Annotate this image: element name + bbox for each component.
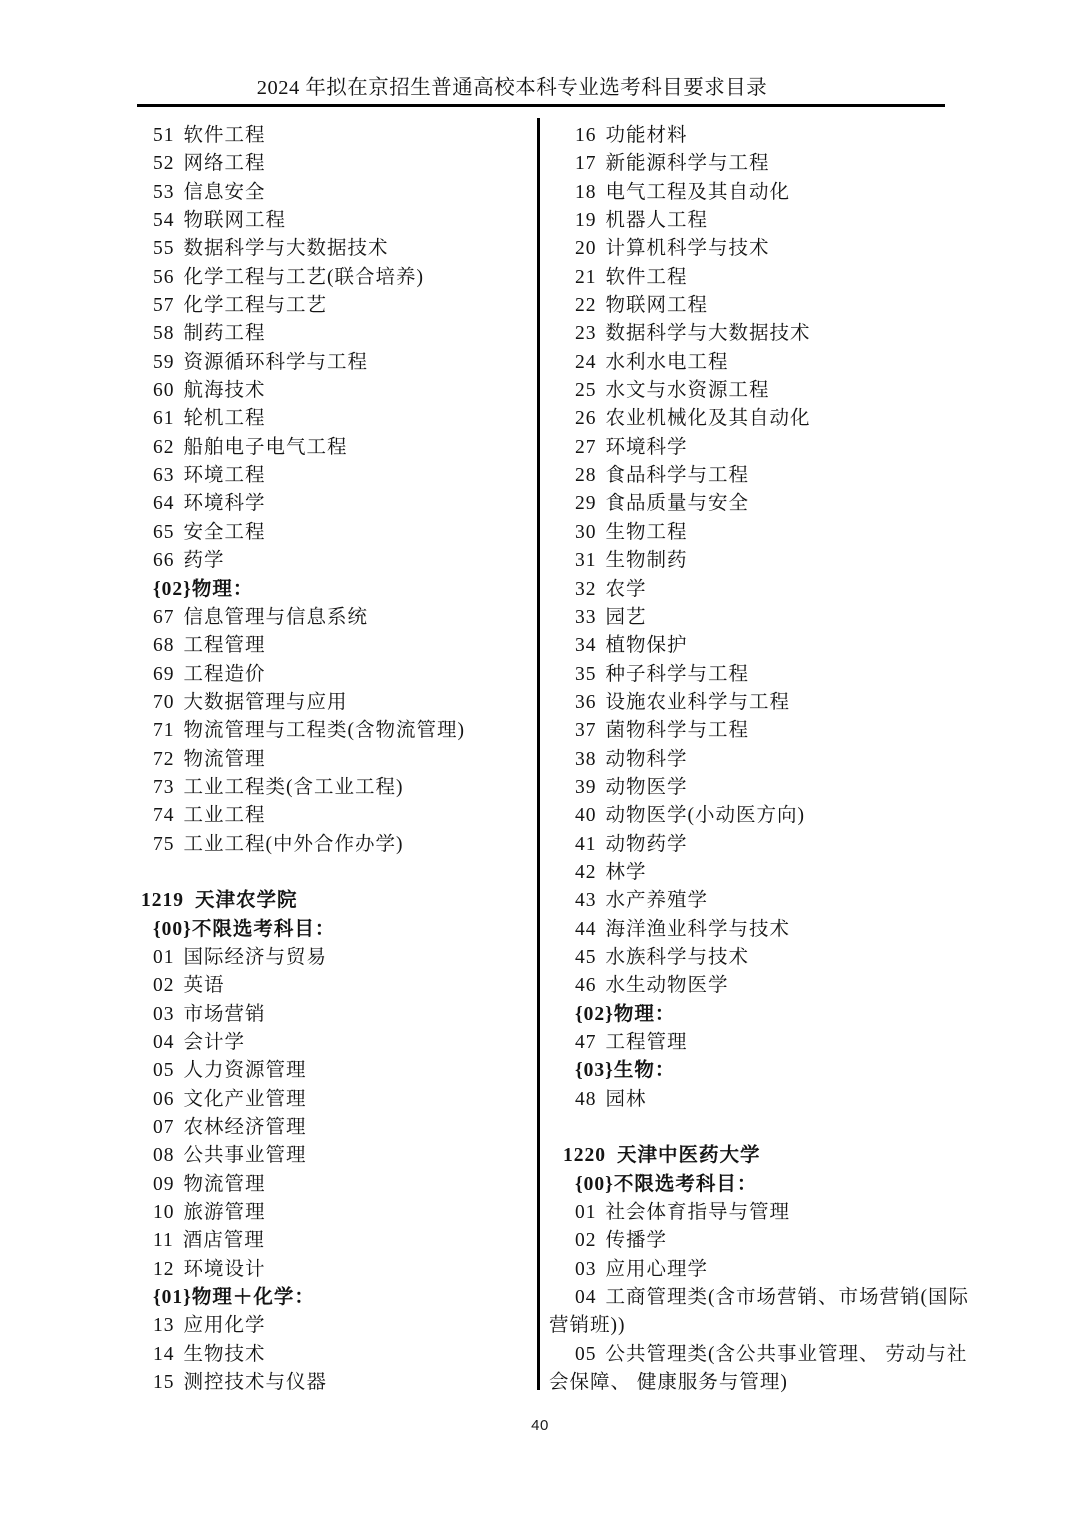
major-number: 32: [575, 579, 597, 600]
major-item: 03市场营销: [127, 1001, 529, 1029]
major-item: 24水利水电工程: [549, 349, 987, 377]
major-item: 04工商管理类(含市场营销、市场营销(国际 营销班)): [549, 1284, 987, 1341]
major-item: 70大数据管理与应用: [127, 689, 529, 717]
major-name: 大数据管理与应用: [184, 692, 348, 713]
major-number: 60: [153, 380, 175, 401]
major-number: 18: [575, 182, 597, 203]
subject-group-header: {00}不限选考科目：: [127, 916, 529, 944]
major-number: 20: [575, 238, 597, 259]
major-name: 公共事业管理: [184, 1145, 307, 1166]
major-number: 34: [575, 635, 597, 656]
major-item: 53信息安全: [127, 179, 529, 207]
major-name: 文化产业管理: [184, 1089, 307, 1110]
major-item: 25水文与水资源工程: [549, 377, 987, 405]
major-name: 工业工程类(含工业工程): [184, 777, 404, 798]
major-number: 35: [575, 664, 597, 685]
major-item: 03应用心理学: [549, 1256, 987, 1284]
major-name: 工业工程: [184, 805, 266, 826]
major-number: 66: [153, 550, 175, 571]
major-number: 21: [575, 267, 597, 288]
school-header: 1219天津农学院: [127, 887, 529, 915]
major-number: 54: [153, 210, 175, 231]
major-name: 信息安全: [184, 182, 266, 203]
school-name: 天津中医药大学: [617, 1145, 761, 1166]
major-number: 62: [153, 437, 175, 458]
major-number: 39: [575, 777, 597, 798]
major-name: 农业机械化及其自动化: [606, 408, 811, 429]
major-item: 27环境科学: [549, 434, 987, 462]
major-name: 菌物科学与工程: [606, 720, 750, 741]
major-name: 林学: [606, 862, 647, 883]
page-title: 2024 年拟在京招生普通高校本科专业选考科目要求目录: [108, 70, 916, 100]
major-number: 03: [575, 1259, 597, 1280]
major-name: 物联网工程: [606, 295, 709, 316]
major-number: 63: [153, 465, 175, 486]
major-item: 37菌物科学与工程: [549, 717, 987, 745]
subject-group-header: {03}生物：: [549, 1057, 987, 1085]
major-number: 05: [153, 1060, 175, 1081]
major-name: 公共管理类(含公共事业管理、 劳动与社 会保障、 健康服务与管理): [549, 1344, 967, 1393]
page-number: 40: [0, 1417, 1080, 1434]
major-item: 20计算机科学与技术: [549, 235, 987, 263]
major-name: 动物医学(小动医方向): [606, 805, 806, 826]
major-number: 31: [575, 550, 597, 571]
document-page: { "header": { "title": "2024 年拟在京招生普通高校本…: [0, 0, 1080, 1527]
major-name: 会计学: [184, 1032, 246, 1053]
major-name: 水产养殖学: [606, 890, 709, 911]
major-number: 14: [153, 1344, 175, 1365]
major-name: 计算机科学与技术: [606, 238, 770, 259]
major-item: 23数据科学与大数据技术: [549, 320, 987, 348]
major-item: 47工程管理: [549, 1029, 987, 1057]
school-code: 1220: [563, 1145, 606, 1166]
major-name: 环境工程: [184, 465, 266, 486]
major-number: 13: [153, 1315, 175, 1336]
major-item: 06文化产业管理: [127, 1086, 529, 1114]
major-item: 28食品科学与工程: [549, 462, 987, 490]
major-name: 药学: [184, 550, 225, 571]
major-name: 数据科学与大数据技术: [606, 323, 811, 344]
major-item: 66药学: [127, 547, 529, 575]
major-item: 05公共管理类(含公共事业管理、 劳动与社 会保障、 健康服务与管理): [549, 1341, 987, 1398]
major-number: 19: [575, 210, 597, 231]
major-number: 74: [153, 805, 175, 826]
major-name: 国际经济与贸易: [184, 947, 328, 968]
major-item: 01国际经济与贸易: [127, 944, 529, 972]
school-header: 1220天津中医药大学: [549, 1142, 987, 1170]
subject-group-header: {01}物理＋化学：: [127, 1284, 529, 1312]
major-name: 英语: [184, 975, 225, 996]
major-name: 新能源科学与工程: [606, 153, 770, 174]
major-number: 11: [153, 1230, 174, 1251]
major-item: 10旅游管理: [127, 1199, 529, 1227]
school-code: 1219: [141, 890, 184, 911]
major-name: 市场营销: [184, 1004, 266, 1025]
major-number: 36: [575, 692, 597, 713]
major-name: 软件工程: [184, 125, 266, 146]
major-item: 22物联网工程: [549, 292, 987, 320]
major-name: 资源循环科学与工程: [184, 352, 369, 373]
major-number: 15: [153, 1372, 175, 1393]
major-number: 47: [575, 1032, 597, 1053]
major-item: 44海洋渔业科学与技术: [549, 916, 987, 944]
major-number: 55: [153, 238, 175, 259]
major-number: 33: [575, 607, 597, 628]
major-name: 应用心理学: [606, 1259, 709, 1280]
major-number: 04: [153, 1032, 175, 1053]
major-item: 64环境科学: [127, 490, 529, 518]
major-number: 44: [575, 919, 597, 940]
major-item: 02传播学: [549, 1227, 987, 1255]
major-item: 33园艺: [549, 604, 987, 632]
major-number: 70: [153, 692, 175, 713]
major-name: 水生动物医学: [606, 975, 729, 996]
major-number: 75: [153, 834, 175, 855]
major-item: 57化学工程与工艺: [127, 292, 529, 320]
major-item: 32农学: [549, 576, 987, 604]
major-item: 56化学工程与工艺(联合培养): [127, 264, 529, 292]
major-name: 植物保护: [606, 635, 688, 656]
major-number: 45: [575, 947, 597, 968]
major-item: 19机器人工程: [549, 207, 987, 235]
major-item: 67信息管理与信息系统: [127, 604, 529, 632]
major-number: 03: [153, 1004, 175, 1025]
major-name: 人力资源管理: [184, 1060, 307, 1081]
major-number: 28: [575, 465, 597, 486]
major-name: 食品质量与安全: [606, 493, 750, 514]
major-name: 网络工程: [184, 153, 266, 174]
major-name: 电气工程及其自动化: [606, 182, 791, 203]
blank-line: [549, 1114, 987, 1142]
major-number: 48: [575, 1089, 597, 1110]
major-name: 测控技术与仪器: [184, 1372, 328, 1393]
major-name: 生物技术: [184, 1344, 266, 1365]
major-name: 工商管理类(含市场营销、市场营销(国际 营销班)): [549, 1287, 969, 1336]
major-item: 36设施农业科学与工程: [549, 689, 987, 717]
major-name: 工业工程(中外合作办学): [184, 834, 404, 855]
major-item: 51软件工程: [127, 122, 529, 150]
major-number: 53: [153, 182, 175, 203]
major-name: 食品科学与工程: [606, 465, 750, 486]
major-item: 13应用化学: [127, 1312, 529, 1340]
major-item: 01社会体育指导与管理: [549, 1199, 987, 1227]
major-name: 农林经济管理: [184, 1117, 307, 1138]
major-item: 09物流管理: [127, 1171, 529, 1199]
major-name: 生物工程: [606, 522, 688, 543]
major-name: 园林: [606, 1089, 647, 1110]
major-number: 09: [153, 1174, 175, 1195]
major-number: 71: [153, 720, 175, 741]
major-name: 轮机工程: [184, 408, 266, 429]
major-name: 机器人工程: [606, 210, 709, 231]
major-name: 动物科学: [606, 749, 688, 770]
major-item: 74工业工程: [127, 802, 529, 830]
left-column: 51软件工程52网络工程53信息安全54物联网工程55数据科学与大数据技术56化…: [127, 122, 529, 1397]
major-number: 57: [153, 295, 175, 316]
major-number: 08: [153, 1145, 175, 1166]
major-item: 04会计学: [127, 1029, 529, 1057]
major-number: 30: [575, 522, 597, 543]
major-item: 29食品质量与安全: [549, 490, 987, 518]
major-item: 14生物技术: [127, 1341, 529, 1369]
major-name: 水族科学与技术: [606, 947, 750, 968]
major-number: 26: [575, 408, 597, 429]
major-item: 26农业机械化及其自动化: [549, 405, 987, 433]
major-item: 68工程管理: [127, 632, 529, 660]
major-item: 15测控技术与仪器: [127, 1369, 529, 1397]
major-number: 38: [575, 749, 597, 770]
major-number: 65: [153, 522, 175, 543]
major-item: 39动物医学: [549, 774, 987, 802]
major-item: 54物联网工程: [127, 207, 529, 235]
blank-line: [127, 859, 529, 887]
major-name: 酒店管理: [183, 1230, 265, 1251]
major-item: 07农林经济管理: [127, 1114, 529, 1142]
major-number: 02: [575, 1230, 597, 1251]
major-item: 46水生动物医学: [549, 972, 987, 1000]
major-number: 27: [575, 437, 597, 458]
major-number: 56: [153, 267, 175, 288]
major-name: 工程管理: [184, 635, 266, 656]
major-number: 24: [575, 352, 597, 373]
major-item: 58制药工程: [127, 320, 529, 348]
major-item: 55数据科学与大数据技术: [127, 235, 529, 263]
major-number: 01: [153, 947, 175, 968]
major-item: 45水族科学与技术: [549, 944, 987, 972]
major-name: 园艺: [606, 607, 647, 628]
major-item: 18电气工程及其自动化: [549, 179, 987, 207]
major-number: 68: [153, 635, 175, 656]
major-name: 安全工程: [184, 522, 266, 543]
major-item: 30生物工程: [549, 519, 987, 547]
major-number: 58: [153, 323, 175, 344]
major-name: 动物药学: [606, 834, 688, 855]
major-name: 物流管理: [184, 749, 266, 770]
major-number: 40: [575, 805, 597, 826]
major-number: 67: [153, 607, 175, 628]
major-name: 旅游管理: [184, 1202, 266, 1223]
major-item: 61轮机工程: [127, 405, 529, 433]
major-name: 环境科学: [184, 493, 266, 514]
subject-group-header: {02}物理：: [127, 576, 529, 604]
major-number: 10: [153, 1202, 175, 1223]
major-number: 51: [153, 125, 175, 146]
subject-group-header: {00}不限选考科目：: [549, 1171, 987, 1199]
major-item: 72物流管理: [127, 746, 529, 774]
major-number: 29: [575, 493, 597, 514]
major-item: 31生物制药: [549, 547, 987, 575]
major-number: 05: [575, 1344, 597, 1365]
major-item: 42林学: [549, 859, 987, 887]
major-name: 环境科学: [606, 437, 688, 458]
major-name: 传播学: [606, 1230, 668, 1251]
major-number: 25: [575, 380, 597, 401]
major-number: 23: [575, 323, 597, 344]
major-number: 06: [153, 1089, 175, 1110]
major-name: 数据科学与大数据技术: [184, 238, 389, 259]
major-number: 61: [153, 408, 175, 429]
major-number: 41: [575, 834, 597, 855]
major-item: 40动物医学(小动医方向): [549, 802, 987, 830]
major-number: 72: [153, 749, 175, 770]
major-number: 02: [153, 975, 175, 996]
major-item: 11酒店管理: [127, 1227, 529, 1255]
major-name: 工程管理: [606, 1032, 688, 1053]
major-item: 71物流管理与工程类(含物流管理): [127, 717, 529, 745]
major-item: 48园林: [549, 1086, 987, 1114]
major-number: 52: [153, 153, 175, 174]
major-name: 物流管理与工程类(含物流管理): [184, 720, 466, 741]
major-item: 34植物保护: [549, 632, 987, 660]
major-number: 01: [575, 1202, 597, 1223]
major-number: 73: [153, 777, 175, 798]
major-number: 69: [153, 664, 175, 685]
major-number: 12: [153, 1259, 175, 1280]
title-underline: [137, 104, 945, 107]
major-name: 制药工程: [184, 323, 266, 344]
major-name: 船舶电子电气工程: [184, 437, 348, 458]
major-item: 69工程造价: [127, 661, 529, 689]
major-item: 21软件工程: [549, 264, 987, 292]
major-number: 42: [575, 862, 597, 883]
major-number: 17: [575, 153, 597, 174]
major-name: 应用化学: [184, 1315, 266, 1336]
major-number: 07: [153, 1117, 175, 1138]
major-item: 59资源循环科学与工程: [127, 349, 529, 377]
major-item: 05人力资源管理: [127, 1057, 529, 1085]
column-divider: [537, 118, 540, 1390]
major-item: 02英语: [127, 972, 529, 1000]
major-number: 46: [575, 975, 597, 996]
major-number: 37: [575, 720, 597, 741]
major-item: 43水产养殖学: [549, 887, 987, 915]
major-item: 38动物科学: [549, 746, 987, 774]
major-number: 43: [575, 890, 597, 911]
major-name: 功能材料: [606, 125, 688, 146]
major-name: 航海技术: [184, 380, 266, 401]
major-item: 16功能材料: [549, 122, 987, 150]
major-item: 65安全工程: [127, 519, 529, 547]
major-item: 12环境设计: [127, 1256, 529, 1284]
major-name: 水文与水资源工程: [606, 380, 770, 401]
major-name: 环境设计: [184, 1259, 266, 1280]
major-number: 22: [575, 295, 597, 316]
right-column: 16功能材料17新能源科学与工程18电气工程及其自动化19机器人工程20计算机科…: [549, 122, 987, 1397]
major-name: 物联网工程: [184, 210, 287, 231]
major-item: 63环境工程: [127, 462, 529, 490]
subject-group-header: {02}物理：: [549, 1001, 987, 1029]
major-item: 52网络工程: [127, 150, 529, 178]
major-name: 海洋渔业科学与技术: [606, 919, 791, 940]
major-name: 物流管理: [184, 1174, 266, 1195]
major-name: 化学工程与工艺(联合培养): [184, 267, 425, 288]
major-name: 化学工程与工艺: [184, 295, 328, 316]
major-name: 信息管理与信息系统: [184, 607, 369, 628]
major-number: 64: [153, 493, 175, 514]
major-number: 04: [575, 1287, 597, 1308]
major-name: 水利水电工程: [606, 352, 729, 373]
major-item: 60航海技术: [127, 377, 529, 405]
major-name: 社会体育指导与管理: [606, 1202, 791, 1223]
school-name: 天津农学院: [195, 890, 298, 911]
major-item: 62船舶电子电气工程: [127, 434, 529, 462]
major-name: 农学: [606, 579, 647, 600]
major-name: 软件工程: [606, 267, 688, 288]
major-name: 工程造价: [184, 664, 266, 685]
major-number: 59: [153, 352, 175, 373]
major-item: 73工业工程类(含工业工程): [127, 774, 529, 802]
major-name: 动物医学: [606, 777, 688, 798]
major-item: 08公共事业管理: [127, 1142, 529, 1170]
major-item: 41动物药学: [549, 831, 987, 859]
major-name: 生物制药: [606, 550, 688, 571]
major-item: 35种子科学与工程: [549, 661, 987, 689]
major-number: 16: [575, 125, 597, 146]
major-name: 设施农业科学与工程: [606, 692, 791, 713]
major-name: 种子科学与工程: [606, 664, 750, 685]
major-item: 75工业工程(中外合作办学): [127, 831, 529, 859]
major-item: 17新能源科学与工程: [549, 150, 987, 178]
